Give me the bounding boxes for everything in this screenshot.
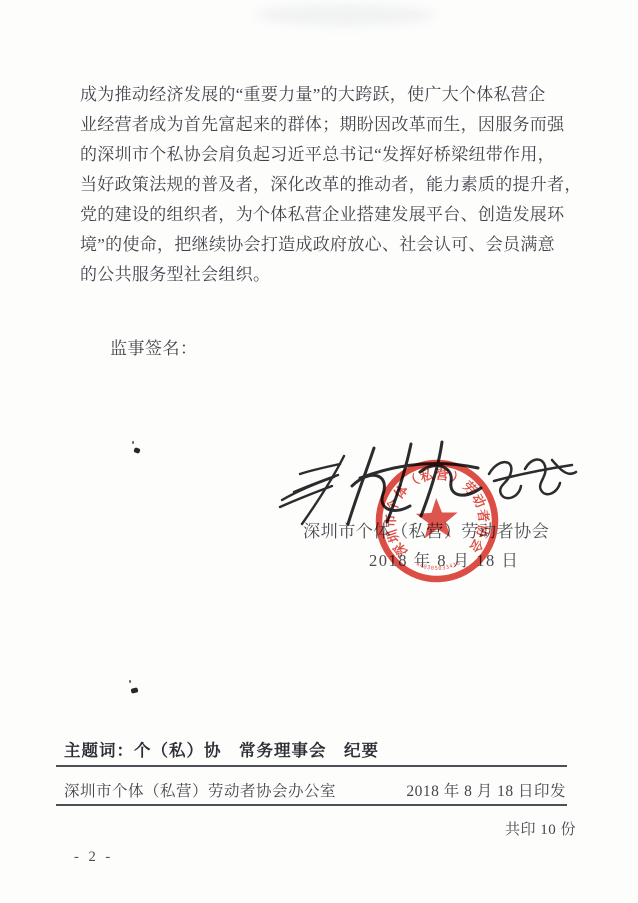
issuer-row: 深圳市个体（私营）劳动者协会办公室 2018 年 8 月 18 日印发 xyxy=(64,779,566,801)
signature-stroke-group-3 xyxy=(489,460,576,499)
signature-stroke-group-2 xyxy=(348,442,481,524)
print-date: 2018 年 8 月 18 日印发 xyxy=(406,779,566,801)
footer-divider-top xyxy=(56,765,567,767)
scan-speck xyxy=(133,447,140,454)
body-line: 境”的使命，把继续协会打造成政府放心、社会认可、会员满意 xyxy=(80,230,572,260)
body-line: 当好政策法规的普及者，深化改革的推动者，能力素质的提升者， xyxy=(80,170,572,200)
subject-label: 主题词： xyxy=(64,741,134,760)
body-line: 的公共服务型社会组织。 xyxy=(80,260,572,290)
scan-speck xyxy=(130,687,138,694)
body-line: 业经营者成为首先富起来的群体；期盼因改革而生，因服务而强 xyxy=(80,110,572,140)
signature-stroke-group-1 xyxy=(280,456,344,524)
handwritten-signatures xyxy=(270,428,590,540)
scan-speck xyxy=(132,441,134,444)
body-line: 党的建设的组织者，为个体私营企业搭建发展平台、创造发展环 xyxy=(80,200,572,230)
body-line: 的深圳市个私协会肩负起习近平总书记“发挥好桥梁纽带作用， xyxy=(80,140,572,170)
body-paragraph: 成为推动经济发展的“重要力量”的大跨跃，使广大个体私营企 业经营者成为首先富起来… xyxy=(80,80,572,290)
scan-speck xyxy=(129,680,131,683)
scan-smudge xyxy=(255,4,435,26)
body-line: 成为推动经济发展的“重要力量”的大跨跃，使广大个体私营企 xyxy=(80,80,572,110)
seal-serial-number: 440305033416 xyxy=(415,560,462,573)
subject-terms: 个（私）协 常务理事会 纪要 xyxy=(134,741,379,760)
issuing-office: 深圳市个体（私营）劳动者协会办公室 xyxy=(64,779,336,801)
page-number: - 2 - xyxy=(74,849,113,866)
svg-text:440305033416: 440305033416 xyxy=(415,560,462,573)
supervisor-signature-label: 监事签名： xyxy=(110,334,198,359)
footer-divider-bottom xyxy=(56,804,567,806)
copies-note: 共印 10 份 xyxy=(505,818,576,839)
subject-keywords-row: 主题词：个（私）协 常务理事会 纪要 xyxy=(64,737,379,761)
